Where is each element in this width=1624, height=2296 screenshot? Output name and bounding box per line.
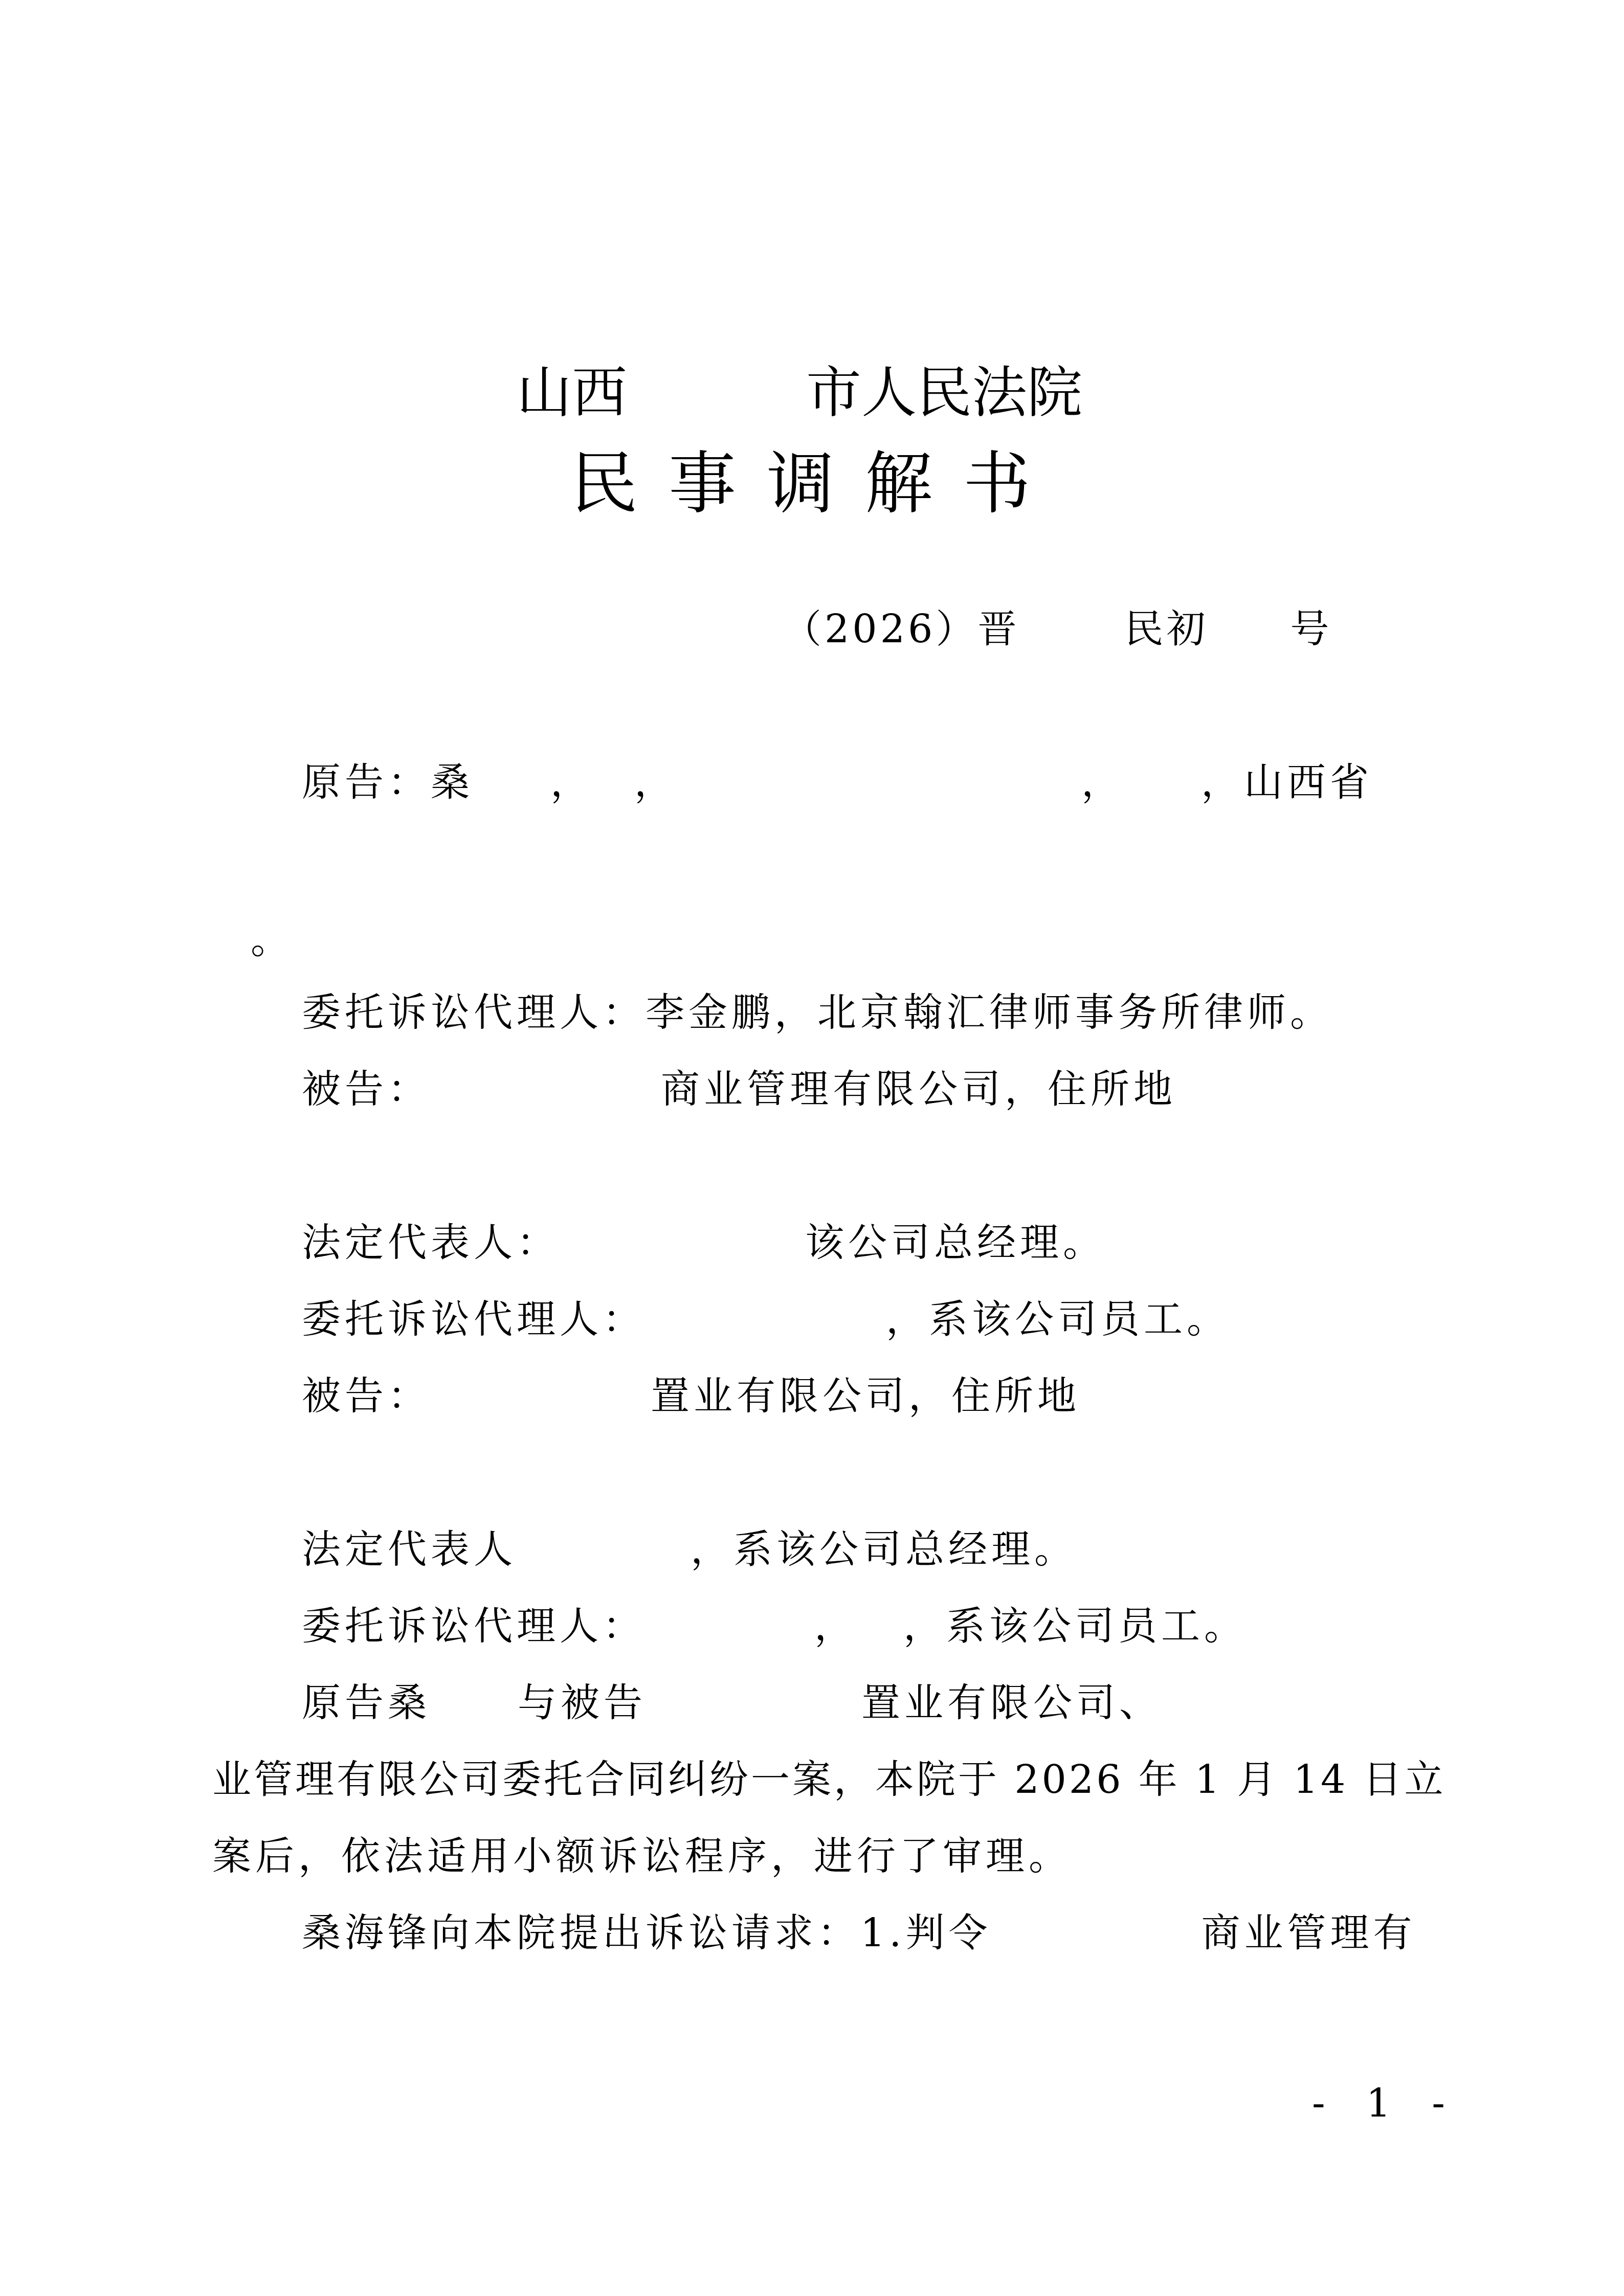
defendant1-line: 被告：商业管理有限公司，住所地 [302,1070,1176,1109]
plaintiff-line: 原告：桑，，，，山西省 [302,763,1373,802]
plaintiff-label: 原告： [302,759,431,805]
agent-label: 委托诉讼代理人： [302,1603,646,1649]
defendant2-agent-line: 委托诉讼代理人：，，系该公司员工。 [302,1607,1247,1646]
case-summary-line-1: 原告桑与被告置业有限公司、 [302,1683,1162,1722]
case-number-type: 民初 [1124,606,1208,651]
plaintiff-name: 桑 [431,759,474,805]
legal-rep-title: 该公司总经理。 [805,1220,1106,1265]
legal-rep-title: ，系该公司总经理。 [691,1526,1077,1572]
document-page: 山西市人民法院 民事调解书 （2026）晋民初号 原告：桑，，，，山西省 。 委… [0,0,1624,2296]
defendant1-agent-line: 委托诉讼代理人：，系该公司员工。 [302,1300,1230,1339]
defendant2-name: 置业有限公司，住所地 [651,1373,1080,1419]
comma: ， [1081,759,1124,805]
comma: ， [634,759,677,805]
agent-label: 委托诉讼代理人： [302,1296,646,1342]
plaintiff-address-end: 。 [251,920,294,959]
text: 商业管理有 [1202,1910,1416,1955]
defendant2-label: 被告： [302,1373,431,1419]
case-number: （2026）晋民初号 [783,610,1332,648]
text: 与被告 [518,1680,647,1725]
text: 原告桑 [302,1680,431,1725]
legal-rep-label: 法定代表人 [302,1526,517,1572]
defendant1-label: 被告： [302,1066,431,1112]
page-number: - 1 - [1312,2084,1459,2123]
court-name-prefix: 山西 [517,361,627,425]
plaintiff-address-start: ，山西省 [1201,759,1373,805]
court-name-suffix: 市人民法院 [806,361,1082,425]
comma: ， [814,1603,857,1649]
case-number-suffix: 号 [1290,606,1332,651]
legal-rep-label: 法定代表人： [302,1220,560,1265]
defendant1-name: 商业管理有限公司，住所地 [661,1066,1176,1112]
text: 置业有限公司、 [861,1680,1162,1725]
defendant1-legal-rep-line: 法定代表人：该公司总经理。 [302,1223,1106,1262]
claims-line-1: 桑海锋向本院提出诉讼请求：1.判令商业管理有 [302,1914,1416,1952]
comma: ， [550,759,593,805]
case-number-year: （2026）晋 [783,606,1019,651]
text: 桑海锋向本院提出诉讼请求：1.判令 [302,1910,992,1955]
case-summary-line-2: 业管理有限公司委托合同纠纷一案，本院于 2026 年 1 月 14 日立 [212,1760,1445,1799]
defendant2-legal-rep-line: 法定代表人，系该公司总经理。 [302,1530,1077,1569]
court-name: 山西市人民法院 [517,366,1082,421]
defendant2-line: 被告：置业有限公司，住所地 [302,1377,1080,1415]
document-type-title: 民事调解书 [570,450,1061,517]
agent-title: ，系该公司员工。 [903,1603,1247,1649]
agent-title: ，系该公司员工。 [886,1296,1230,1342]
case-summary-line-3: 案后，依法适用小额诉讼程序，进行了审理。 [212,1837,1072,1876]
plaintiff-agent-line: 委托诉讼代理人：李金鹏，北京翰汇律师事务所律师。 [302,993,1333,1032]
